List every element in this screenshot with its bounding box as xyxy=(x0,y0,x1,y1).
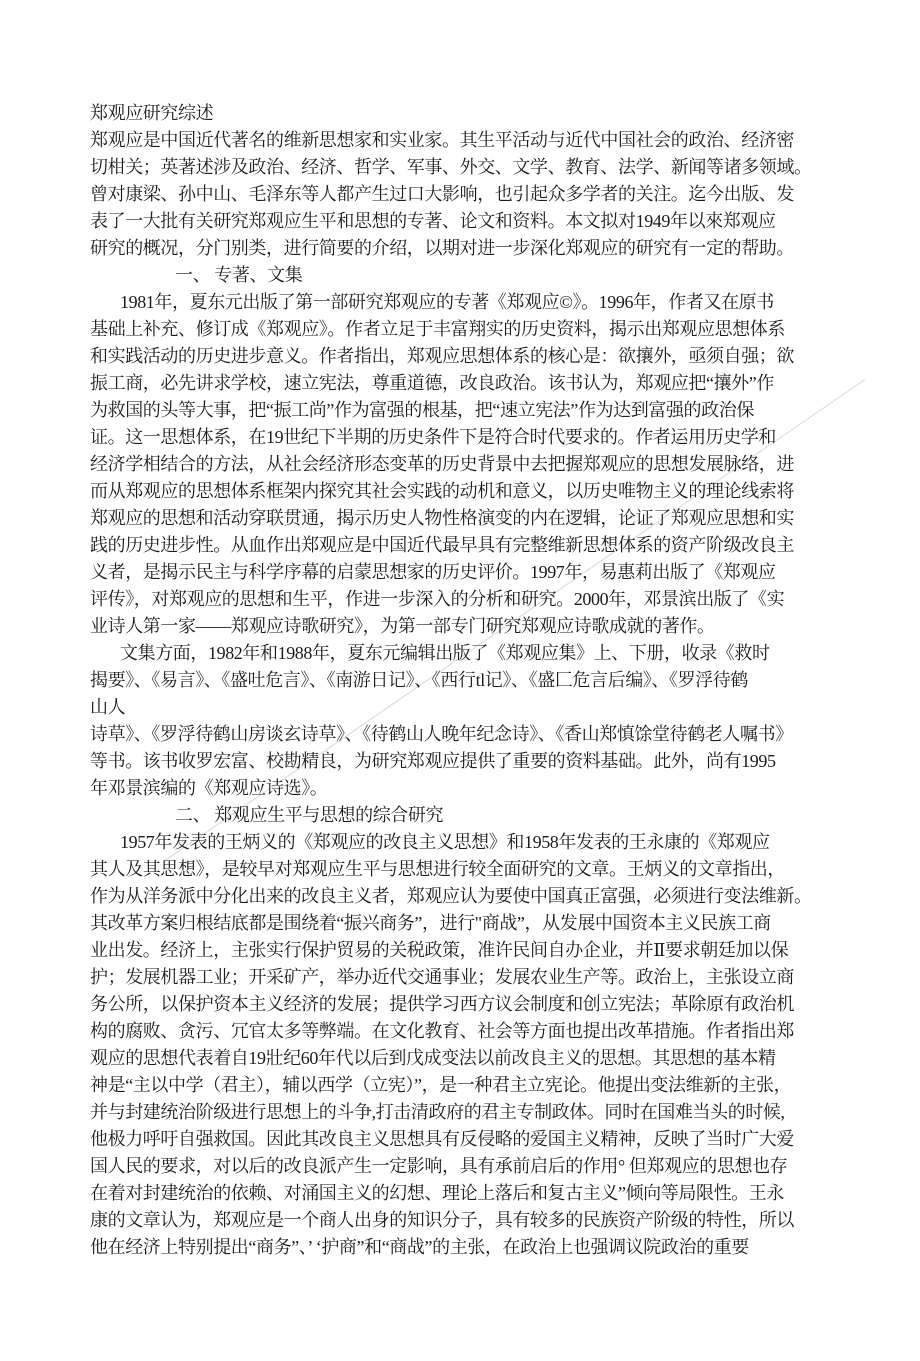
text-line: 研究的概况，分门别类，进行简要的介绍，以期对进一步深化郑观应的研究有一定的帮助。 xyxy=(90,235,838,262)
text-line: 国人民的要求，对以后的改良派产生一定影响，具有承前启后的作用° 但郑观应的思想也… xyxy=(90,1153,838,1180)
text-line: 1957年发表的王炳义的《郑观应的改良主义思想》和1958年发表的王永康的《郑观… xyxy=(90,829,838,856)
text-line: 康的文章认为，郑观应是一个商人出身的知识分子，具有较多的民族资产阶级的特性，所以 xyxy=(90,1207,838,1234)
text-line: 而从郑观应的思想体系框架内探究其社会实践的动机和意义，以历史唯物主义的理论线索将 xyxy=(90,478,838,505)
text-line: 评传》，对郑观应的思想和生平，作进一步深入的分析和研究。2000年，邓景滨出版了… xyxy=(90,586,838,613)
text-line: 等书。该书收罗宏富、校勘精良，为研究郑观应提供了重要的资料基础。此外，尚有199… xyxy=(90,748,838,775)
text-line: 护；发展机器工业；开采矿产，举办近代交通事业；发展农业生产等。政治上，主张设立商 xyxy=(90,964,838,991)
document-title: 郑观应研究综述 xyxy=(90,100,838,127)
text-line: 揭要》、《易言》、《盛吐危言》、《南游日记》、《西行tl记》、《盛匚危言后编》、… xyxy=(90,667,838,694)
text-line: 和实践活动的历史进步意义。作者指出，郑观应思想体系的核心是：欲攘外，亟须自强；欲 xyxy=(90,343,838,370)
text-line: 业出发。经济上，主张实行保护贸易的关税政策，准许民间自办企业，并Ⅱ要求朝廷加以保 xyxy=(90,937,838,964)
text-line: 为救国的头等大事，把“振工尚”作为富强的根基，把“速立宪法”作为达到富强的政治保 xyxy=(90,397,838,424)
text-line: 业诗人第一家——郑观应诗歌研究》，为第一部专门研究郑观应诗歌成就的著作。 xyxy=(90,613,838,640)
text-line: 山人 xyxy=(90,694,838,721)
text-line: 在着对封建统治的依赖、对涌国主义的幻想、理论上落后和复古主义”倾向等局限性。王永 xyxy=(90,1180,838,1207)
text-line: 构的腐败、贪污、冗官太多等弊端。在文化教育、社会等方面也提出改革措施。作者指出郑 xyxy=(90,1018,838,1045)
text-line: 年邓景滨编的《郑观应诗选》。 xyxy=(90,775,838,802)
text-line: 义者，是揭示民主与科学序幕的启蒙思想家的历史评价。1997年，易惠莉出版了《郑观… xyxy=(90,559,838,586)
text-line: 基础上补充、修订成《郑观应》。作者立足于丰富翔实的历史资料，揭示出郑观应思想体系 xyxy=(90,316,838,343)
text-block: 郑观应研究综述郑观应是中国近代著名的维新思想家和实业家。其生平活动与近代中国社会… xyxy=(90,100,838,1261)
text-line: 务公所，以保护资本主义经济的发展；提供学习西方议会制度和创立宪法；革除原有政治机 xyxy=(90,991,838,1018)
text-line: 践的历史进步性。从血作出郑观应是中国近代最早具有完整维新思想体系的资产阶级改良主 xyxy=(90,532,838,559)
text-line: 郑观应的思想和活动穿联贯通，揭示历史人物性格演变的内在逻辑，论证了郑观应思想和实 xyxy=(90,505,838,532)
text-line: 作为从洋务派中分化出来的改良主义者，郑观应认为要使中国真正富强，必须进行变法维新… xyxy=(90,883,838,910)
text-line: 证。这一思想体系，在19世纪下半期的历史条件下是符合时代要求的。作者运用历史学和 xyxy=(90,424,838,451)
text-line: 诗草》、《罗浮待鹤山房谈玄诗草》、《待鹤山人晚年纪念诗》、《香山郑慎馀堂待鹤老人… xyxy=(90,721,838,748)
text-line: 经济学相结合的方法，从社会经济形态变革的历史背景中去把握郑观应的思想发展脉络，进 xyxy=(90,451,838,478)
section-heading: 一、 专著、文集 xyxy=(90,262,838,289)
text-line: 其改革方案归根结底都是围绕着“振兴商务”，进行"商战”，从发展中国资本主义民族工… xyxy=(90,910,838,937)
text-line: 表了一大批有关研究郑观应生平和思想的专著、论文和资料。本文拟对1949年以來郑观… xyxy=(90,208,838,235)
document-page: 郑观应研究综述郑观应是中国近代著名的维新思想家和实业家。其生平活动与近代中国社会… xyxy=(0,0,920,1361)
text-line: 1981年，夏东元出版了第一部研究郑观应的专著《郑观应©》。1996年，作者又在… xyxy=(90,289,838,316)
text-line: 文集方面，1982年和1988年，夏东元编辑出版了《郑观应集》上、下册，收录《救… xyxy=(90,640,838,667)
section-heading: 二、 郑观应生平与思想的综合研究 xyxy=(90,802,838,829)
text-line: 他极力呼吁自强救国。因此其改良主义思想具有反侵略的爱国主义精神，反映了当时广大爱 xyxy=(90,1126,838,1153)
text-line: 其人及其思想》，是较早对郑观应生平与思想进行较全面研究的文章。王炳义的文章指出， xyxy=(90,856,838,883)
text-line: 他在经济上特别提出“商务”、’ ‘护商”和“商战”的主张，在政治上也强调议院政治… xyxy=(90,1234,838,1261)
text-line: 郑观应是中国近代著名的维新思想家和实业家。其生平活动与近代中国社会的政治、经济密 xyxy=(90,127,838,154)
text-line: 神是“主以中学（君主），辅以西学（立宪）”，是一种君主立宪论。他提出变法维新的主… xyxy=(90,1072,838,1099)
text-line: 曾对康梁、孙中山、毛泽东等人都产生过口大影响，也引起众多学者的关注。迄今出版、发 xyxy=(90,181,838,208)
text-line: 振工商，必先讲求学校，速立宪法，尊重道德，改良政治。该书认为，郑观应把“攘外”作 xyxy=(90,370,838,397)
text-line: 观应的思想代表着自19壯纪60年代以后到戊成变法以前改良主义的思想。其思想的基本… xyxy=(90,1045,838,1072)
text-line: 并与封建统治阶级进行思想上的斗争,打击清政府的君主专制政体。同时在国难当头的时候… xyxy=(90,1099,838,1126)
text-line: 切柑关；英著述涉及政治、经济、哲学、军事、外交、文学、教育、法学、新闻等诸多领域… xyxy=(90,154,838,181)
